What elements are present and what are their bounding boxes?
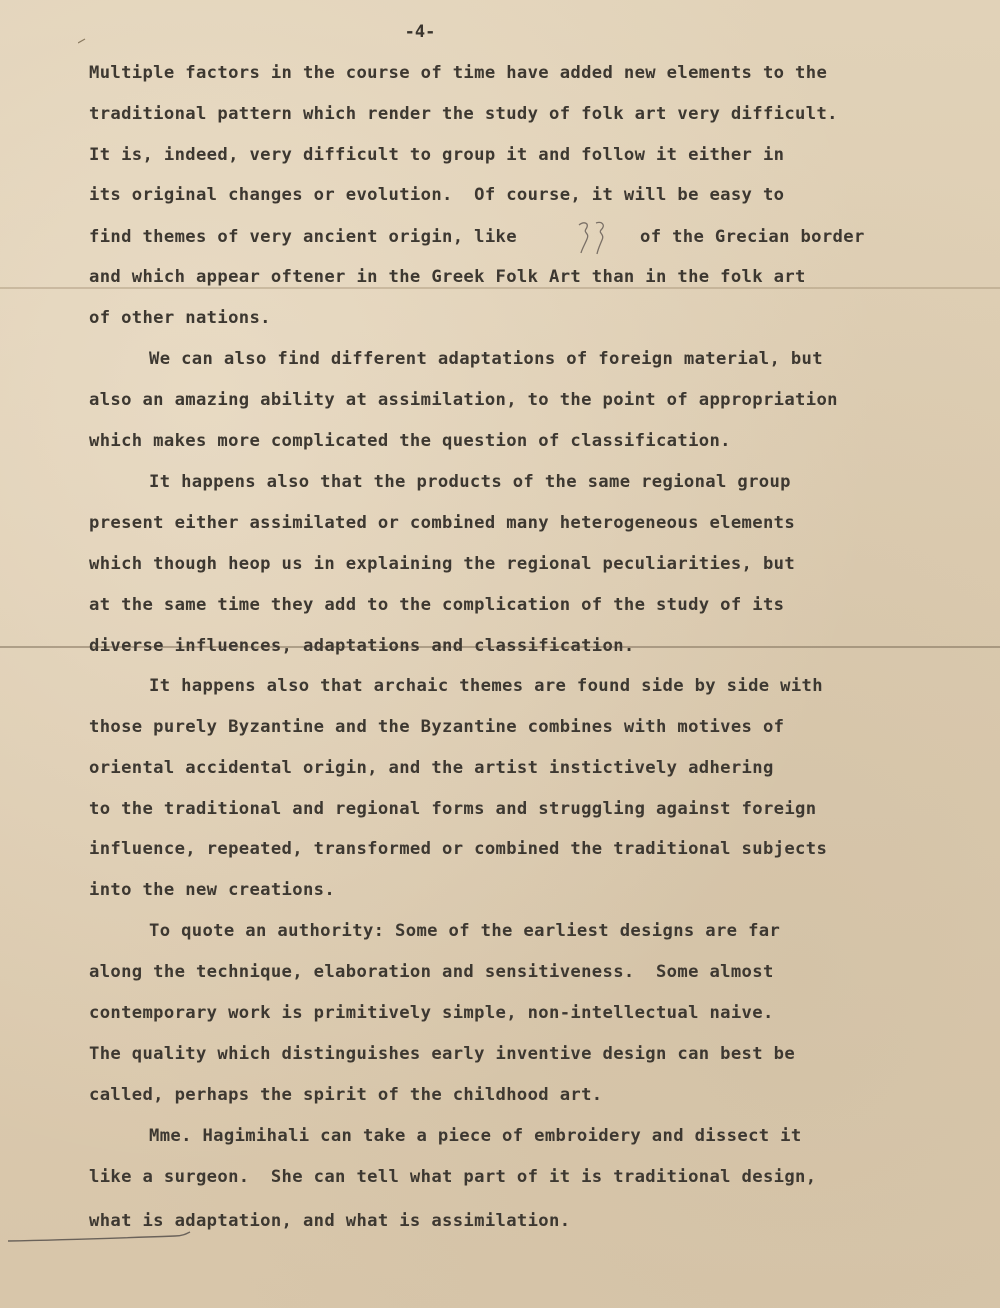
text-line: It is, indeed, very difficult to group i… [89,145,784,165]
text-line: to the traditional and regional forms an… [89,799,816,819]
paper-mark [78,38,86,44]
text-line: It happens also that the products of the… [149,472,791,492]
text-line: present either assimilated or combined m… [89,513,795,533]
text-line: To quote an authority: Some of the earli… [149,921,780,941]
text-line: its original changes or evolution. Of co… [89,185,784,205]
text-line: like a surgeon. She can tell what part o… [89,1167,816,1187]
text-line: We can also find different adaptations o… [149,349,823,369]
text-line: It happens also that archaic themes are … [149,676,823,696]
text-line: contemporary work is primitively simple,… [89,1003,774,1023]
text-line: at the same time they add to the complic… [89,595,784,615]
text-line: into the new creations. [89,880,335,900]
text-line: Mme. Hagimihali can take a piece of embr… [149,1126,802,1146]
text-line: those purely Byzantine and the Byzantine… [89,717,784,737]
text-line: and which appear oftener in the Greek Fo… [89,267,806,287]
typewritten-page: -4- Multiple factors in the course of ti… [0,0,1000,1308]
text-line: oriental accidental origin, and the arti… [89,758,774,778]
text-line: called, perhaps the spirit of the childh… [89,1085,603,1105]
text-line: diverse influences, adaptations and clas… [89,636,635,656]
text-line: The quality which distinguishes early in… [89,1044,795,1064]
meander-symbol-icon [576,219,616,259]
text-line: find themes of very ancient origin, like [89,227,517,247]
text-line: of the Grecian border [640,227,865,247]
paper-fold-line [0,287,1000,289]
pencil-underline-mark [0,1228,320,1248]
text-line: traditional pattern which render the stu… [89,104,838,124]
text-line: which though heop us in explaining the r… [89,554,795,574]
text-line: influence, repeated, transformed or comb… [89,839,827,859]
text-line: of other nations. [89,308,271,328]
page-number: -4- [400,22,440,42]
text-line: Multiple factors in the course of time h… [89,63,827,83]
text-line: also an amazing ability at assimilation,… [89,390,838,410]
text-line: along the technique, elaboration and sen… [89,962,774,982]
text-line: which makes more complicated the questio… [89,431,731,451]
